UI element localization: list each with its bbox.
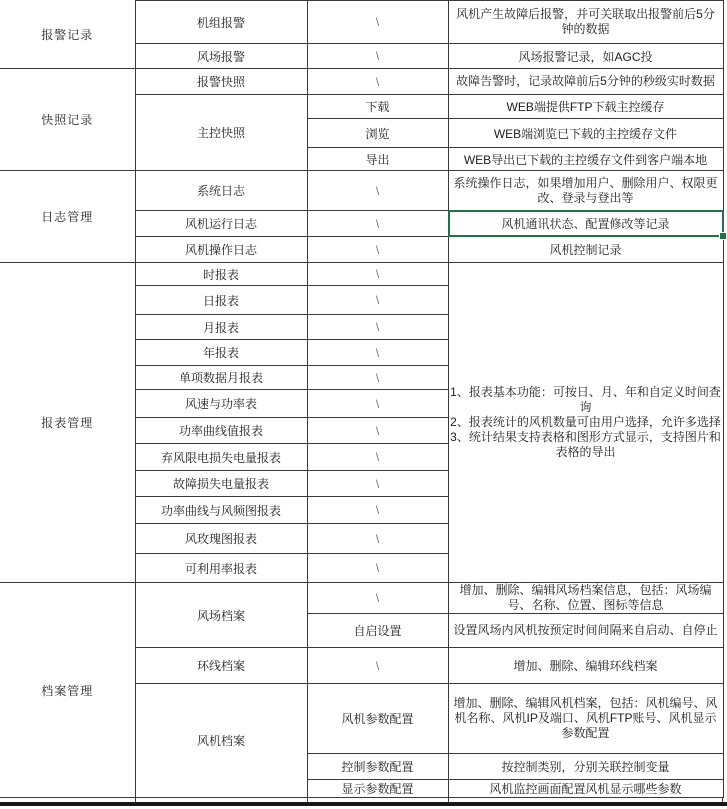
sub-cell[interactable]: \ (307, 315, 448, 340)
item-cell[interactable]: 风速与功率表 (135, 390, 307, 418)
desc-cell[interactable]: 设置风场内风机按预定时间间隔来自启动、自停止 (448, 614, 723, 648)
item-cell[interactable]: 报警快照 (135, 69, 307, 95)
sub-cell[interactable]: \ (307, 1, 448, 44)
desc-cell[interactable]: 风机控制记录 (448, 237, 723, 263)
sub-cell[interactable]: 显示参数配置 (307, 780, 448, 798)
selected-desc-cell[interactable]: 风机通讯状态、配置修改等记录 (448, 211, 723, 237)
sub-cell[interactable]: \ (307, 286, 448, 315)
sub-cell[interactable]: \ (307, 497, 448, 524)
sub-cell[interactable]: \ (307, 390, 448, 418)
item-cell[interactable]: 环线档案 (135, 648, 307, 684)
sub-cell[interactable]: \ (307, 44, 448, 69)
desc-text: 风机产生故障后报警，并可关联取出报警前后5分钟的数据 (451, 7, 721, 37)
sub-cell[interactable]: \ (307, 524, 448, 554)
item-cell[interactable]: 风场报警 (135, 44, 307, 69)
item-cell[interactable]: 风玫瑰图报表 (135, 524, 307, 554)
sub-cell[interactable]: \ (307, 444, 448, 471)
item-cell[interactable]: 主控快照 (135, 95, 307, 171)
item-cell[interactable]: 可利用率报表 (135, 554, 307, 583)
desc-cell[interactable]: WEB端提供FTP下载主控缓存 (448, 95, 723, 119)
item-cell[interactable]: 月报表 (135, 315, 307, 340)
category-cell[interactable]: 报表管理 (0, 263, 135, 583)
report-note: 1、报表基本功能：可按日、月、年和自定义时间查询 (449, 385, 723, 415)
item-cell[interactable]: 风场档案 (135, 583, 307, 648)
item-cell[interactable]: 日报表 (135, 286, 307, 315)
desc-text: 故障告警时，记录故障前后5分钟的秒级实时数据 (451, 75, 721, 88)
item-cell[interactable]: 风机运行日志 (135, 211, 307, 237)
sub-cell[interactable]: \ (307, 648, 448, 684)
selection-fill-handle[interactable] (719, 232, 727, 240)
next-row-edge (0, 802, 727, 806)
desc-cell[interactable]: 增加、删除、编辑环线档案 (448, 648, 723, 684)
sub-cell[interactable]: \ (307, 366, 448, 390)
sub-cell[interactable]: 控制参数配置 (307, 754, 448, 780)
sub-cell[interactable]: \ (307, 554, 448, 583)
desc-cell[interactable]: 系统操作日志，如果增加用户、删除用户、权限更改、登录与登出等 (448, 171, 723, 211)
sub-cell[interactable]: 下载 (307, 95, 448, 119)
sub-cell[interactable]: \ (307, 69, 448, 95)
desc-text: 设置风场内风机按预定时间间隔来自启动、自停止 (451, 623, 721, 638)
category-cell[interactable]: 档案管理 (0, 583, 135, 798)
desc-text: 系统操作日志，如果增加用户、删除用户、权限更改、登录与登出等 (451, 176, 721, 206)
sub-cell[interactable]: \ (307, 211, 448, 237)
report-note: 3、统计结果支持表格和图形方式显示，支持图片和表格的导出 (449, 430, 723, 460)
desc-cell[interactable]: 风机产生故障后报警，并可关联取出报警前后5分钟的数据 (448, 1, 723, 44)
table-row: 快照记录 报警快照 \ 故障告警时，记录故障前后5分钟的秒级实时数据 (0, 69, 723, 95)
item-cell[interactable]: 机组报警 (135, 1, 307, 44)
desc-cell[interactable]: 风机监控画面配置风机显示哪些参数 (448, 780, 723, 798)
item-cell[interactable]: 年报表 (135, 340, 307, 366)
sub-cell[interactable]: \ (307, 237, 448, 263)
sub-cell[interactable]: 导出 (307, 148, 448, 171)
table-row: 日志管理 系统日志 \ 系统操作日志，如果增加用户、删除用户、权限更改、登录与登… (0, 171, 723, 211)
sub-cell[interactable]: \ (307, 171, 448, 211)
sub-cell[interactable]: \ (307, 340, 448, 366)
desc-cell[interactable]: 故障告警时，记录故障前后5分钟的秒级实时数据 (448, 69, 723, 95)
item-cell[interactable]: 系统日志 (135, 171, 307, 211)
item-cell[interactable]: 风机档案 (135, 684, 307, 798)
sub-cell[interactable]: \ (307, 583, 448, 614)
item-cell[interactable]: 单项数据月报表 (135, 366, 307, 390)
desc-cell[interactable]: 增加、删除、编辑风机档案，包括：风机编号、风机名称、风机IP及端口、风机FTP账… (448, 684, 723, 754)
sub-cell[interactable]: \ (307, 418, 448, 444)
item-cell[interactable]: 故障损失电量报表 (135, 471, 307, 497)
table-row: 档案管理 风场档案 \ 增加、删除、编辑风场档案信息，包括：风场编号、名称、位置… (0, 583, 723, 614)
desc-cell[interactable]: 按控制类别，分别关联控制变量 (448, 754, 723, 780)
spreadsheet-viewport: 报警记录 机组报警 \ 风机产生故障后报警，并可关联取出报警前后5分钟的数据 风… (0, 0, 727, 809)
category-cell[interactable]: 日志管理 (0, 171, 135, 263)
desc-cell[interactable]: WEB导出已下载的主控缓存文件到客户端本地 (448, 148, 723, 171)
desc-text: 风机通讯状态、配置修改等记录 (501, 217, 669, 231)
item-cell[interactable]: 时报表 (135, 263, 307, 286)
sub-cell[interactable]: 自启设置 (307, 614, 448, 648)
item-cell[interactable]: 功率曲线与风频图报表 (135, 497, 307, 524)
requirements-table: 报警记录 机组报警 \ 风机产生故障后报警，并可关联取出报警前后5分钟的数据 风… (0, 0, 724, 798)
sub-cell[interactable]: 风机参数配置 (307, 684, 448, 754)
desc-text: 增加、删除、编辑风场档案信息，包括：风场编号、名称、位置、图标等信息 (451, 583, 721, 613)
category-cell[interactable]: 快照记录 (0, 69, 135, 171)
item-cell[interactable]: 功率曲线值报表 (135, 418, 307, 444)
report-notes-cell[interactable]: 1、报表基本功能：可按日、月、年和自定义时间查询 2、报表统计的风机数量可由用户… (448, 263, 723, 583)
item-cell[interactable]: 风机操作日志 (135, 237, 307, 263)
desc-text: 增加、删除、编辑风机档案，包括：风机编号、风机名称、风机IP及端口、风机FTP账… (451, 696, 721, 741)
sub-cell[interactable]: \ (307, 471, 448, 497)
category-cell[interactable]: 报警记录 (0, 1, 135, 69)
desc-cell[interactable]: 增加、删除、编辑风场档案信息，包括：风场编号、名称、位置、图标等信息 (448, 583, 723, 614)
sub-cell[interactable]: \ (307, 263, 448, 286)
item-cell[interactable]: 弃风限电损失电量报表 (135, 444, 307, 471)
desc-cell[interactable]: 风场报警记录，如AGC投 (448, 44, 723, 69)
desc-cell[interactable]: WEB端浏览已下载的主控缓存文件 (448, 119, 723, 148)
table-row: 报表管理 时报表 \ 1、报表基本功能：可按日、月、年和自定义时间查询 2、报表… (0, 263, 723, 286)
sub-cell[interactable]: 浏览 (307, 119, 448, 148)
table-row: 报警记录 机组报警 \ 风机产生故障后报警，并可关联取出报警前后5分钟的数据 (0, 1, 723, 44)
report-note: 2、报表统计的风机数量可由用户选择，允许多选择 (449, 415, 723, 430)
